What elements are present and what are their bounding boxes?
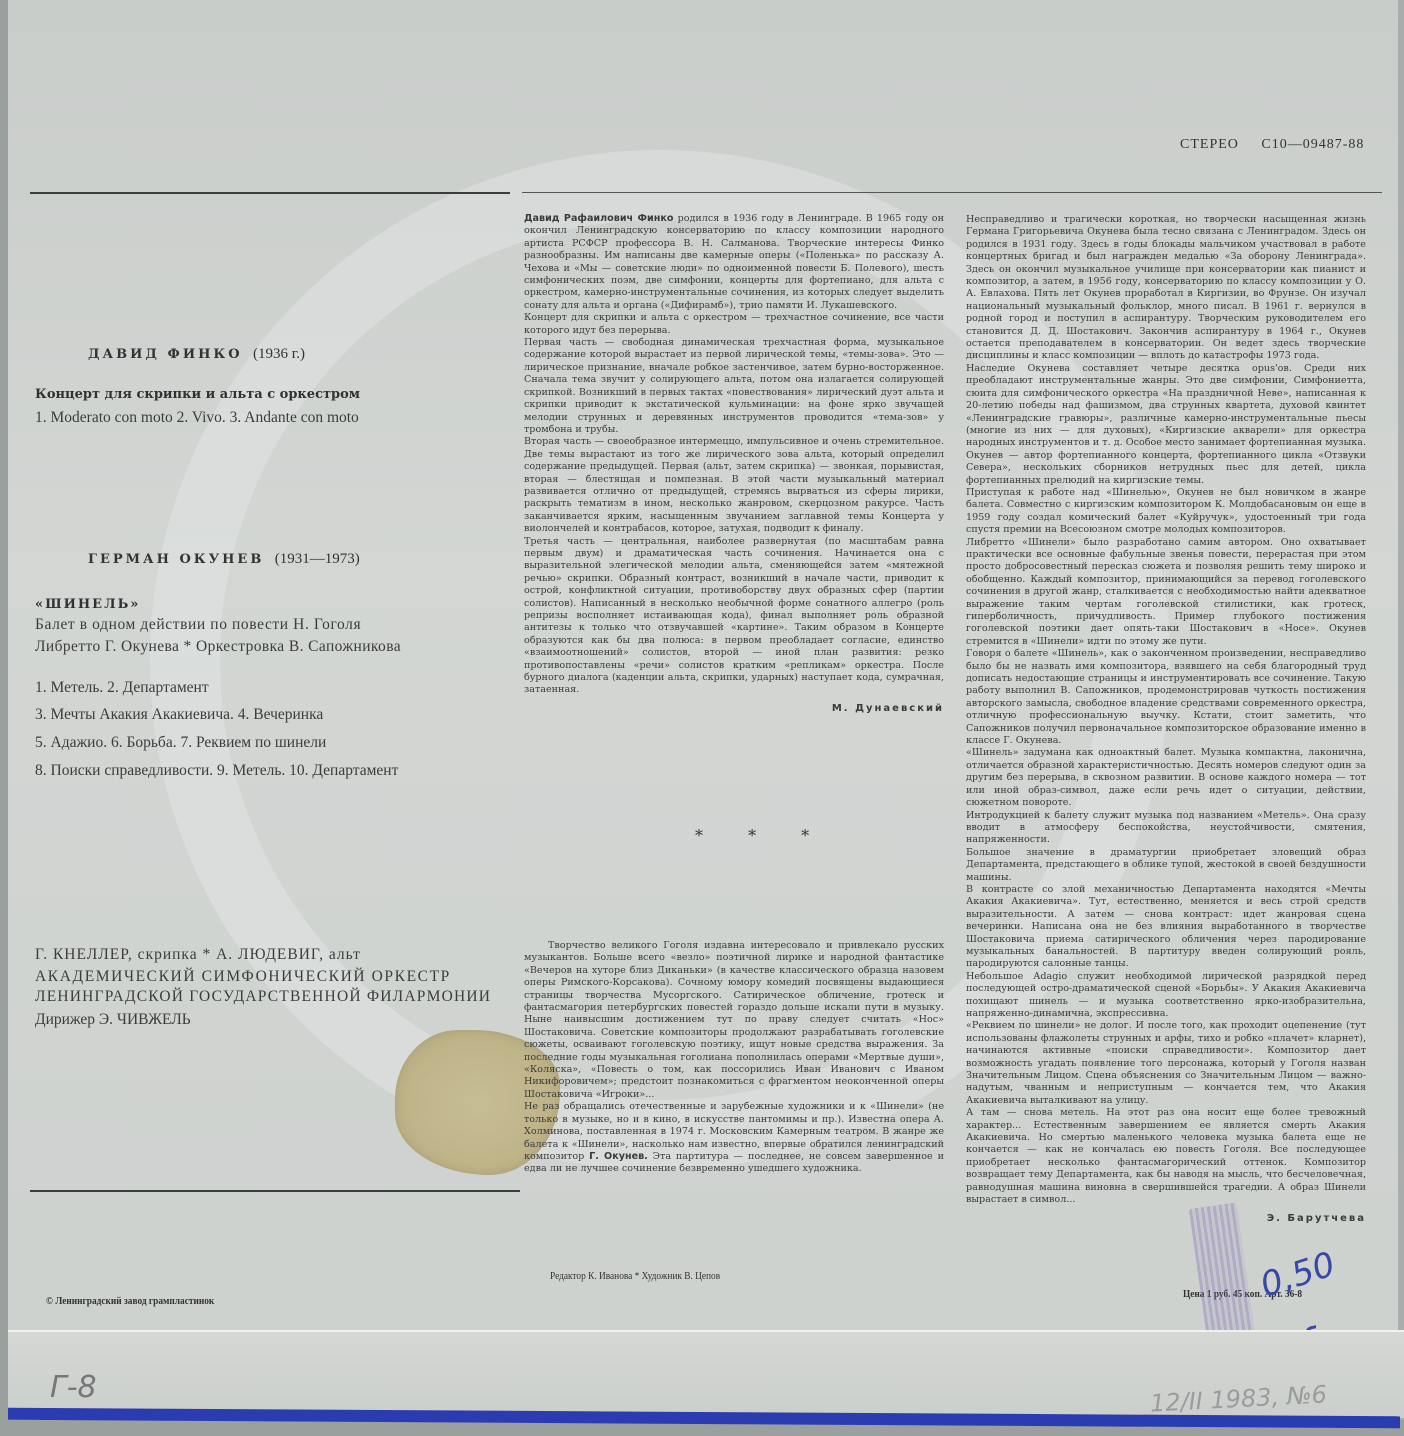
composer-years: (1936 г.) bbox=[253, 346, 305, 362]
notes-paragraph: Интродукцией к балету служит музыка под … bbox=[966, 810, 1366, 847]
signature-barutcheva: Э. Барутчева bbox=[966, 1213, 1366, 1225]
composer-years: (1931—1973) bbox=[275, 551, 360, 567]
notes-paragraph: «Шинель» задумана как одноактный балет. … bbox=[966, 747, 1366, 809]
section-separator: * * * bbox=[695, 826, 829, 845]
notes-paragraph: Творчество великого Гоголя издавна интер… bbox=[524, 940, 944, 1101]
handwritten-shelf-code: Г-8 bbox=[50, 1370, 97, 1405]
notes-paragraph: Первая часть — свободная динамическая тр… bbox=[524, 337, 944, 436]
ballet-credits: Либретто Г. Окунева * Оркестровка В. Сап… bbox=[35, 638, 401, 656]
composer-name: ГЕРМАН ОКУНЕВ bbox=[88, 552, 264, 567]
track-line: 3. Мечты Акакия Акакиевича. 4. Вечеринка bbox=[35, 706, 323, 724]
okunev-bold-name: Г. Окунев. bbox=[589, 1151, 648, 1162]
catalog-header: СТЕРЕО С10—09487-88 bbox=[1180, 137, 1382, 153]
top-rule-left bbox=[30, 192, 510, 194]
composer-okunev-heading: ГЕРМАН ОКУНЕВ (1931—1973) bbox=[88, 551, 360, 568]
copyright-label: © Ленинградский завод грампластинок bbox=[46, 1295, 214, 1307]
soloists-credit: Г. КНЕЛЛЕР, скрипка * А. ЛЮДЕВИГ, альт bbox=[35, 946, 361, 964]
notes-paragraph: Большое значение в драматургии приобрета… bbox=[966, 847, 1366, 884]
track-line: 1. Метель. 2. Департамент bbox=[35, 679, 209, 697]
notes-paragraph: Третья часть — центральная, наиболее раз… bbox=[524, 536, 944, 697]
format-label: СТЕРЕО bbox=[1180, 137, 1239, 152]
work-title-shinel: «ШИНЕЛЬ» bbox=[35, 597, 140, 612]
notes-paragraph: А там — снова метель. На этот раз она но… bbox=[966, 1107, 1366, 1206]
notes-okunev: Несправедливо и трагически короткая, но … bbox=[966, 214, 1366, 1225]
notes-paragraph: родился в 1936 году в Ленинграде. В 1965… bbox=[524, 213, 944, 311]
notes-paragraph: Вторая часть — своеобразное интермеццо, … bbox=[524, 436, 944, 535]
top-rule-right bbox=[522, 192, 1382, 193]
movements-list: 1. Moderato con moto 2. Vivo. 3. Andante… bbox=[35, 409, 359, 427]
notes-paragraph: «Реквием по шинели» не долог. И после то… bbox=[966, 1020, 1366, 1107]
orchestra-line-2: ЛЕНИНГРАДСКОЙ ГОСУДАРСТВЕННОЙ ФИЛАРМОНИИ bbox=[35, 988, 491, 1006]
notes-paragraph: Приступая к работе над «Шинелью», Окунев… bbox=[966, 487, 1366, 537]
catalog-number: С10—09487-88 bbox=[1261, 137, 1364, 152]
notes-paragraph: Либретто «Шинели» было разработано самим… bbox=[966, 537, 1366, 649]
work-title-concerto: Концерт для скрипки и альта с оркестром bbox=[35, 387, 360, 402]
notes-paragraph: Говоря о балете «Шинель», как о закончен… bbox=[966, 648, 1366, 747]
composer-finko-heading: ДАВИД ФИНКО (1936 г.) bbox=[88, 346, 305, 363]
bottom-rule-left bbox=[30, 1190, 520, 1192]
orchestra-line-1: АКАДЕМИЧЕСКИЙ СИМФОНИЧЕСКИЙ ОРКЕСТР bbox=[35, 968, 451, 986]
notes-paragraph: Несправедливо и трагически короткая, но … bbox=[966, 214, 1366, 363]
editor-credits: Редактор К. Иванова * Художник В. Цепов bbox=[550, 1270, 720, 1282]
notes-gogol: Творчество великого Гоголя издавна интер… bbox=[524, 940, 944, 1176]
signature-dunaevsky: М. Дунаевский bbox=[524, 703, 944, 715]
notes-paragraph-tail: Эта партитура — последнее, не совсем зав… bbox=[524, 1151, 944, 1174]
track-line: 8. Поиски справедливости. 9. Метель. 10.… bbox=[35, 762, 398, 780]
conductor-credit: Дирижер Э. ЧИВЖЕЛЬ bbox=[35, 1011, 191, 1029]
ballet-subtitle: Балет в одном действии по повести Н. Гог… bbox=[35, 616, 361, 634]
finko-lead-name: Давид Рафаилович Финко bbox=[524, 213, 673, 224]
notes-paragraph: Наследие Окунева составляет четыре десят… bbox=[966, 363, 1366, 487]
notes-paragraph: В контрасте со злой механичностью Департ… bbox=[966, 884, 1366, 971]
notes-paragraph: Концерт для скрипки и альта с оркестром … bbox=[524, 312, 944, 337]
composer-name: ДАВИД ФИНКО bbox=[88, 347, 243, 362]
notes-paragraph: Небольшое Adagio служит необходимой лири… bbox=[966, 971, 1366, 1021]
track-line: 5. Адажио. 6. Борьба. 7. Реквием по шине… bbox=[35, 734, 326, 752]
notes-finko: Давид Рафаилович Финко родился в 1936 го… bbox=[524, 213, 944, 715]
